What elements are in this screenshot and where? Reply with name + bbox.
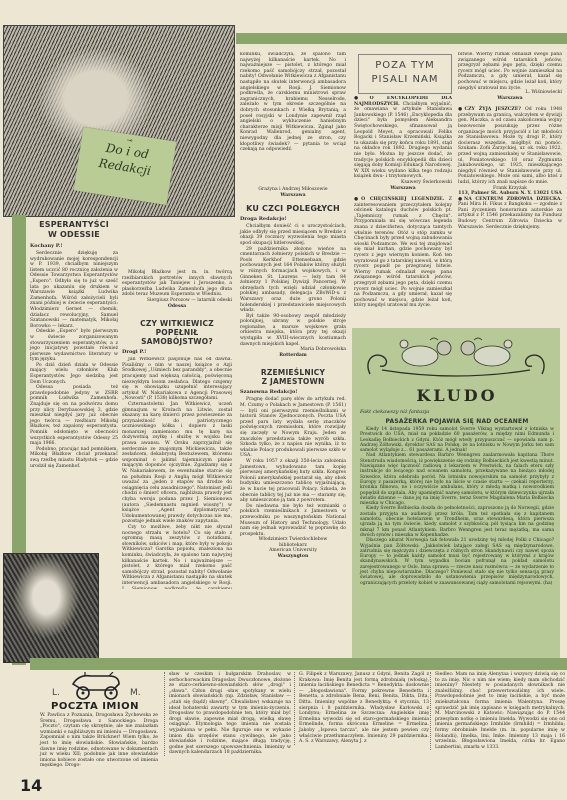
paragraph: Jan Witkiewicz pasjonuje nas od dawna. P… <box>122 357 232 402</box>
esperanto-signature: Siergiusz Porozow — latarnik odeski Odes… <box>122 298 232 309</box>
kludo-headline: PASAŻERKA POJAWIA SIĘ NAD OCEANEM <box>360 418 554 425</box>
item-lead: CZY ŻYJĄ JESZCZE? <box>458 107 521 112</box>
paragraph: Był także 90-osobowy zespół młodzieży po… <box>240 314 346 348</box>
carriage-icon <box>65 672 125 700</box>
kludo-title: KLUDO <box>360 386 554 405</box>
item-text: Od roku 1948 przebywam za granicą, walcz… <box>458 107 562 185</box>
paragraph: Chciałbym donieść ci o uroczystościach, … <box>240 224 346 246</box>
signature-name: Maria Dobrowolska <box>300 347 346 352</box>
paragraph: Do niedawna nie było też wzmianki o pols… <box>240 504 346 538</box>
item-signature: L. Wiśniowiecki Warszawa <box>458 90 562 101</box>
paragraph: bitwie. Wierny rumak odnalazł swego pana… <box>458 52 562 90</box>
poczta-col-2: sław w czeskim i bułgarskim Drahoslav, w… <box>164 672 291 756</box>
paragraph: Nad Atlantykiem stewardesa Barbro Wenngr… <box>360 453 554 506</box>
poczta-title: POCZTA IMION <box>30 701 160 712</box>
headline-2: POPEŁNIŁ <box>122 328 232 337</box>
item-lead: NA CENTRUM ZDROWIA DZIECKA. <box>458 197 562 202</box>
paragraph: Mikołaj Błażkow jest m. in. twórcą rzeźb… <box>122 270 232 298</box>
salutation: Drogi P.! <box>122 349 232 355</box>
article-esperantysci: ESPERANTYŚCI W ODESSIE Kochany P.! Serde… <box>30 220 118 469</box>
paragraph: Kiedy Sverre Bołbiecka doszła do pełnole… <box>360 506 554 538</box>
headline-1: CZY WITKIEWICZ <box>122 319 232 328</box>
cherubs-ornament-icon <box>360 334 552 380</box>
body: Serdecznie dziękuję za wydrukowanie moje… <box>30 251 118 469</box>
kludo-ornament <box>360 334 552 380</box>
signature-place: Waszyngton <box>240 554 346 560</box>
headline: KU CZCI POLEGŁYCH <box>240 204 346 213</box>
article-witkiewicz-column: Mikołaj Błażkow jest m. in. twórcą rzeźb… <box>122 270 232 589</box>
poleglych-signature: Maria Dobrowolska Rotterdam <box>240 347 346 358</box>
poza-tym-column-1: O ENCYKLOPEDII DLA NAJMŁODSZYCH. Chciałb… <box>354 96 452 321</box>
brand-left: L. <box>52 688 60 698</box>
paragraph: Podobno, pracując nad pomnikiem, Mikołaj… <box>30 447 118 469</box>
witkiewicz-signature: Grażyna i Andrzej Miłoszowie Warszawa <box>240 187 346 198</box>
headline-3: SAMOBÓJSTWO? <box>122 337 232 346</box>
poczta-col-1: W. Pawlica z Poznania, Drogosława Żychew… <box>40 713 158 769</box>
paragraph: Czternastoletni Jan Witkiewicz, uczeń gi… <box>122 402 232 525</box>
item-czy-zyja: CZY ŻYJĄ JESZCZE? Od roku 1948 przebywam… <box>458 107 562 185</box>
witkiewicz-continuation: kominku, świadczyła, że spalono tam najw… <box>240 52 346 187</box>
signature-name: Ksawery Świerkowski <box>401 180 452 185</box>
paragraph: W roku 1957 z okazji 350-lecia założenia… <box>240 459 346 504</box>
poza-tym-column-2: bitwie. Wierny rumak odnalazł swego pana… <box>458 52 562 230</box>
headline-2: Z JAMESTOWN <box>240 377 346 386</box>
item-encyklopedia: O ENCYKLOPEDII DLA NAJMŁODSZYCH. Chciałb… <box>354 96 452 180</box>
poczta-col-4: Siedlec: Mam na imię Alenytaa i wszyscy … <box>430 672 565 750</box>
legenda-continuation: bitwie. Wierny rumak odnalazł swego pana… <box>458 52 562 90</box>
middle-column: kominku, świadczyła, że spalono tam najw… <box>240 52 346 560</box>
paragraph: Pragnę dodać parę słów do artykułu red. … <box>240 397 346 459</box>
signature-place: Warszawa <box>240 193 346 199</box>
item-signature: Ksawery Świerkowski Warszawa <box>354 180 452 191</box>
zamenhof-bust-photo <box>3 553 99 663</box>
paragraph: 29 października złożono wieńce na cmenta… <box>240 247 346 314</box>
salutation: Kochany P.! <box>30 243 118 249</box>
item-signature: Frank Krzyżak 113, Palmer St. Auburn N. … <box>458 186 562 197</box>
paragraph: Po dziś dzień działa w Odessie mający wi… <box>30 363 118 385</box>
paragraph: kominku, świadczyła, że spalono tam najw… <box>240 52 346 153</box>
poza-tym-box: POZA TYM PISALI NAM <box>358 54 452 94</box>
kludo-kicker: Fakt ciekawszy niż fantazja <box>360 409 554 415</box>
poczta-col-3: G. Filipek z Warszawy, Janusz z Gdyni, B… <box>294 672 429 745</box>
item-centrum-zdrowia: NA CENTRUM ZDROWIA DZIECKA. Pani Mira H.… <box>458 197 562 231</box>
paragraph: Dlaczego akurat Norwegia tak fetowała 21… <box>360 538 554 586</box>
item-lead: O CHĘCIŃSKIEJ LEGENDZIE. <box>354 197 444 202</box>
paragraph: Odeskie „Espero" było pierwszym w świeci… <box>30 329 118 363</box>
salutation: Szanowna Redakcjo! <box>240 389 346 395</box>
paragraph: Czy to możliwe, żeby nikt nie słyszał no… <box>122 525 232 589</box>
item-checinska-legenda: O CHĘCIŃSKIEJ LEGENDZIE. Z zainteresowan… <box>354 197 452 309</box>
salutation: Droga Redakcjo! <box>240 216 346 222</box>
item-text: Pani Mira H. Fikus z Bangkoku — zgodnie … <box>458 202 562 229</box>
top-green-bar <box>236 33 567 44</box>
item-text: Z zainteresowaniem przeczytałem kolejny … <box>354 197 452 308</box>
paragraph: Kiedy 14 listopada 1959 roku samolot Sve… <box>360 427 554 453</box>
paragraph: Odessa posiada też prawdopodobnie jedyny… <box>30 385 118 447</box>
item-text: Chciałbym wyjaśnić, że omawiana w artyku… <box>354 102 452 180</box>
brand-right: M. <box>130 688 141 698</box>
headline-1: RZEMIEŚLNICY <box>240 368 346 377</box>
bottom-green-bar <box>30 658 567 670</box>
article-kludo: KLUDO Fakt ciekawszy niż fantazja PASAŻE… <box>360 386 554 586</box>
signature-name: Grażyna i Andrzej Miłoszowie <box>258 187 327 192</box>
poczta-imion-header: L. M. POCZTA IMION <box>30 672 160 714</box>
page-number: 14 <box>20 776 42 795</box>
headline-2: W ODESSIE <box>30 230 118 240</box>
jamestown-signature: Włodzimierz Twierdochlebow bibliotekarz … <box>240 537 346 559</box>
signature-name: L. Wiśniowiecki <box>525 90 562 95</box>
headline-1: ESPERANTYŚCI <box>30 220 118 230</box>
poza-tym-title-1: POZA TYM <box>359 59 451 73</box>
signature-name: Siergiusz Porozow — latarnik odeski <box>147 298 232 303</box>
paragraph: Serdecznie dziękuję za wydrukowanie moje… <box>30 251 118 329</box>
poza-tym-title-2: PISALI NAM <box>359 73 451 87</box>
